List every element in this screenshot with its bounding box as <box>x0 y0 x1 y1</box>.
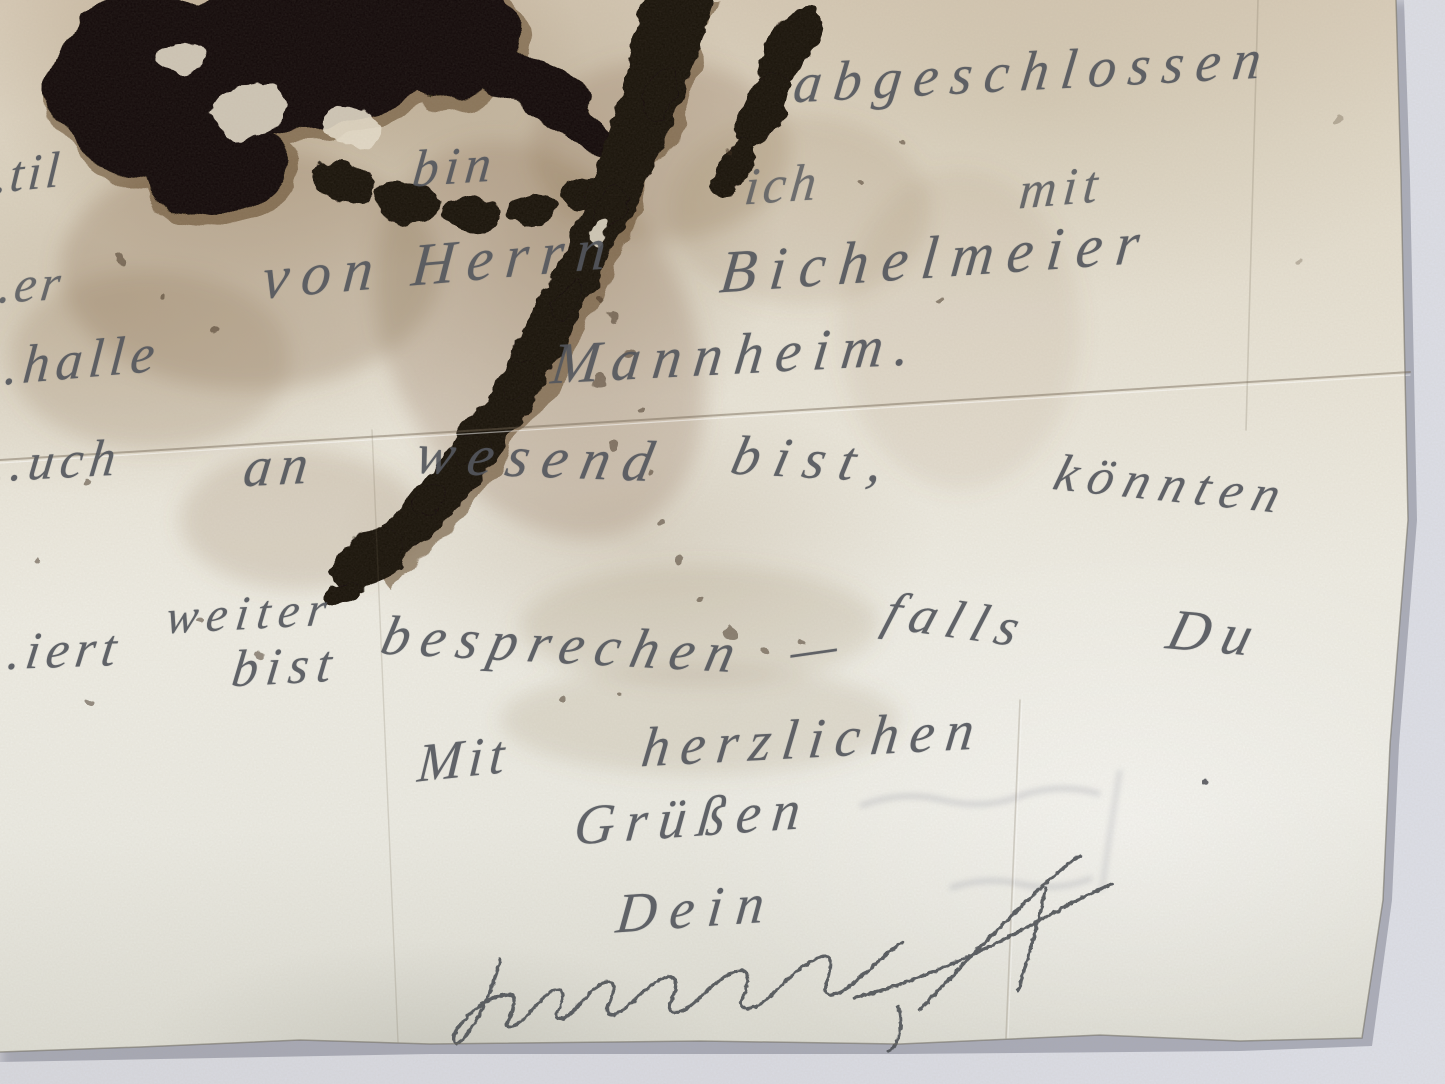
handwritten-word: — <box>790 616 838 682</box>
handwritten-word: …iert <box>0 619 126 684</box>
handwritten-word: bist, <box>725 424 904 496</box>
letter-photo: abgeschlossen…tilbinichmit…ervon HerrnBi… <box>0 0 1445 1084</box>
handwritten-word: …til <box>0 139 66 208</box>
handwritten-word: Mit <box>416 722 513 795</box>
handwritten-word: an <box>240 432 320 500</box>
handwritten-word: ich <box>742 153 824 218</box>
handwritten-word: …er <box>0 253 68 317</box>
handwritten-word: wesend <box>410 420 673 495</box>
handwritten-word: bist <box>229 634 343 699</box>
handwritten-word: …uch <box>0 428 125 495</box>
handwritten-word: Du <box>1160 596 1272 670</box>
handwritten-word: bin <box>410 134 501 199</box>
handwritten-word: Dein <box>613 871 780 947</box>
